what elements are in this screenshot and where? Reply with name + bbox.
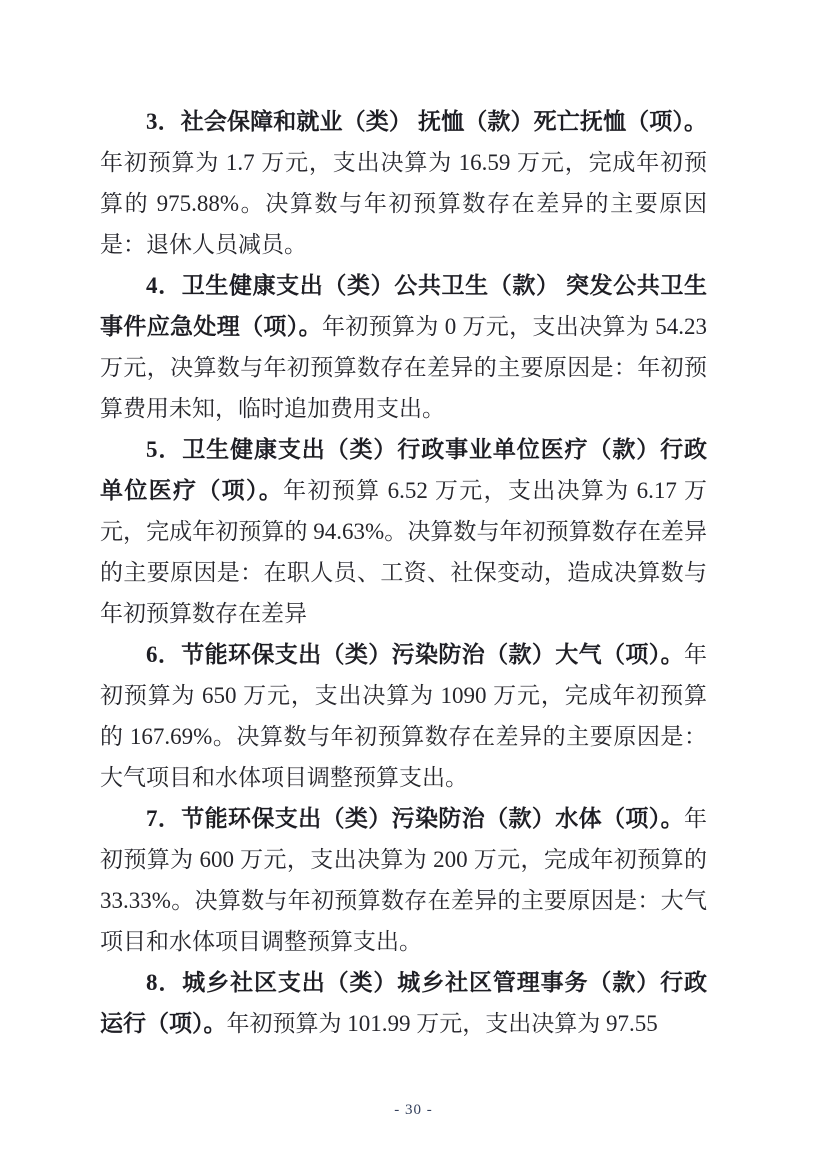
item-body: 年初预算为 1.7 万元，支出决算为 16.59 万元，完成年初预算的 975.… bbox=[100, 150, 707, 257]
item-body: 年初预算为 101.99 万元，支出决算为 97.55 bbox=[227, 1011, 658, 1036]
budget-item-paragraph-5: 5．卫生健康支出（类）行政事业单位医疗（款）行政单位医疗（项）。年初预算 6.5… bbox=[100, 429, 707, 634]
document-body: 3．社会保障和就业（类） 抚恤（款）死亡抚恤（项）。年初预算为 1.7 万元，支… bbox=[100, 101, 707, 1044]
budget-item-paragraph-6: 6．节能环保支出（类）污染防治（款）大气（项）。年初预算为 650 万元，支出决… bbox=[100, 634, 707, 798]
budget-item-paragraph-8: 8．城乡社区支出（类）城乡社区管理事务（款）行政运行（项）。年初预算为 101.… bbox=[100, 962, 707, 1044]
budget-item-paragraph-4: 4．卫生健康支出（类）公共卫生（款） 突发公共卫生事件应急处理（项）。年初预算为… bbox=[100, 265, 707, 429]
budget-item-paragraph-3: 3．社会保障和就业（类） 抚恤（款）死亡抚恤（项）。年初预算为 1.7 万元，支… bbox=[100, 101, 707, 265]
budget-item-paragraph-7: 7．节能环保支出（类）污染防治（款）水体（项）。年初预算为 600 万元，支出决… bbox=[100, 798, 707, 962]
item-heading: 3．社会保障和就业（类） 抚恤（款）死亡抚恤（项）。 bbox=[146, 109, 707, 134]
item-heading: 7．节能环保支出（类）污染防治（款）水体（项）。 bbox=[146, 806, 684, 831]
item-heading: 6．节能环保支出（类）污染防治（款）大气（项）。 bbox=[146, 642, 684, 667]
document-page: 3．社会保障和就业（类） 抚恤（款）死亡抚恤（项）。年初预算为 1.7 万元，支… bbox=[0, 0, 827, 1169]
page-number: - 30 - bbox=[0, 1102, 827, 1119]
